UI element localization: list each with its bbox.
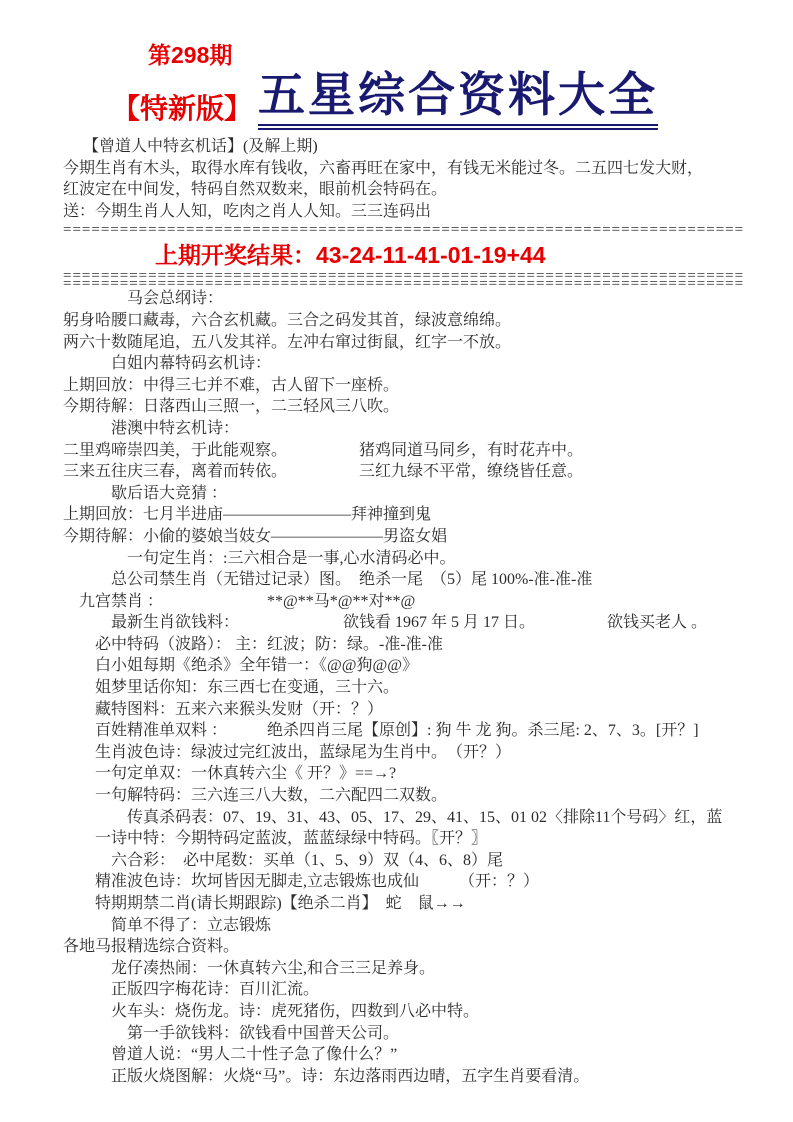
content-line: 必中特码（波路）： 主：红波；防：绿。-准-准-准 [63,634,743,656]
content-line: 生肖波色诗：绿波过完红波出，蓝绿尾为生肖中。 （开？） [63,742,743,764]
content-line: 第一手欲钱料：欲钱看中国普天公司。 [63,1023,743,1045]
content-line: 马会总纲诗： [63,288,743,310]
content-line: 传真杀码表：07、19、31、43、05、17、29、41、15、01 02〈排… [63,807,743,829]
content-line: 今期待解：小偷的婆娘当妓女———————男盗女娼 [63,526,743,548]
content-line: 总公司禁生肖（无错过记录）图。 绝杀一尾 （5）尾 100%-准-准-准 [63,569,743,591]
content-line: 藏特图料：五来六来猴头发财（开：？） [63,699,743,721]
content-line: 上期回放：中得三七并不难，古人留下一座桥。 [63,375,743,397]
content-line: 一句定单双：一休真转六尘《 开？》==→? [63,763,743,785]
content-line: 白姐内幕特码玄机诗： [63,353,743,375]
content-line: 今期待解：日落西山三照一，二三轻风三八吹。 [63,396,743,418]
content-line: 精准波色诗：坎坷皆因无脚走,立志锻炼也成仙 （开：？） [63,871,743,893]
content-line: 百姓精准单双料 ： 绝杀四肖三尾【原创】: 狗 牛 龙 狗。杀三尾: 2、7、3… [63,720,743,742]
content-line: 一句定生肖：:三六相合是一事,心水清码必中。 [63,548,743,570]
content-line: 最新生肖欲钱料： 欲钱看 1967 年 5 月 17 日。 欲钱买老人 。 [63,612,743,634]
content-line: 正版火烧图解：火烧“马”。诗：东边落雨西边晴，五字生肖要看清。 [63,1066,743,1088]
content-line: 两六十数随尾追，五八发其祥。左冲右窜过街鼠，红字一不放。 [63,332,743,354]
content-line: 一句解特码：三六连三八大数，二六配四二双数。 [63,785,743,807]
edition-badge: 【特新版】 [112,92,252,126]
content-line: 港澳中特玄机诗： [63,418,743,440]
page-header: 第298期 【特新版】 五星综合资料大全 [0,0,793,130]
content-line: 六合彩： 必中尾数：买单（1、5、9）双（4、6、8）尾 [63,850,743,872]
page-title: 五星综合资料大全 [258,70,658,130]
content-line: 躬身哈腰口藏毒，六合玄机藏。三合之码发其首，绿波意绵绵。 [63,310,743,332]
content-line: 正版四字梅花诗：百川汇流。 [63,979,743,1001]
content-line: 【曾道人中特玄机话】(及解上期) [63,136,743,158]
content-line: 九宫禁肖 ： **@**马*@**对**@ [63,591,743,613]
content-line: 一诗中特：今期特码定蓝波，蓝蓝绿绿中特码。〖开？〗 [63,828,743,850]
separator-line: ========================================… [63,280,743,288]
lottery-info-page: 第298期 【特新版】 五星综合资料大全 【曾道人中特玄机话】(及解上期)今期生… [0,0,793,1122]
content-line: 各地马报精选综合资料。 [63,936,743,958]
content-line: 姐梦里话你知：东三西七在变通，三十六。 [63,677,743,699]
content-line: 白小姐每期《绝杀》全年错一：《@@狗@@》 [63,655,743,677]
separator-line: ========================================… [63,272,743,280]
content-line: 三来五往庆三春，离着而转依。 三红九绿不平常，缭绕皆任意。 [63,461,743,483]
content-body: 【曾道人中特玄机话】(及解上期)今期生肖有木头，取得水库有钱收，六畜再旺在家中，… [63,136,743,1087]
content-line: 歇后语大竞猜 ： [63,483,743,505]
content-line: 送：今期生肖人人知，吃肉之肖人人知。三三连码出 [63,201,743,223]
content-line: 简单不得了：立志锻炼 [63,915,743,937]
result-banner: 上期开奖结果：43-24-11-41-01-19+44 [63,238,743,272]
content-line: 火车头：烧伤龙。诗：虎死猪伤，四数到八必中特。 [63,1001,743,1023]
content-line: 特期期禁二肖(请长期跟踪)【绝杀二肖】 蛇 鼠→→ [63,893,743,915]
content-line: 上期回放：七月半进庙————————拜神撞到鬼 [63,504,743,526]
separator-line: ========================================… [63,222,743,238]
content-line: 二里鸡啼崇四美，于此能观察。 猪鸡同道马同乡，有时花卉中。 [63,440,743,462]
content-line: 龙仔凑热闹：一休真转六尘,和合三三足养身。 [63,958,743,980]
content-line: 今期生肖有木头，取得水库有钱收，六畜再旺在家中，有钱无米能过冬。二五四七发大财， [63,158,743,180]
content-line: 曾道人说：“男人二十性子急了像什么？” [63,1044,743,1066]
title-row: 【特新版】 五星综合资料大全 [112,70,793,130]
content-line: 红波定在中间发，特码自然双数来，眼前机会特码在。 [63,179,743,201]
issue-number: 第298期 [148,42,793,68]
